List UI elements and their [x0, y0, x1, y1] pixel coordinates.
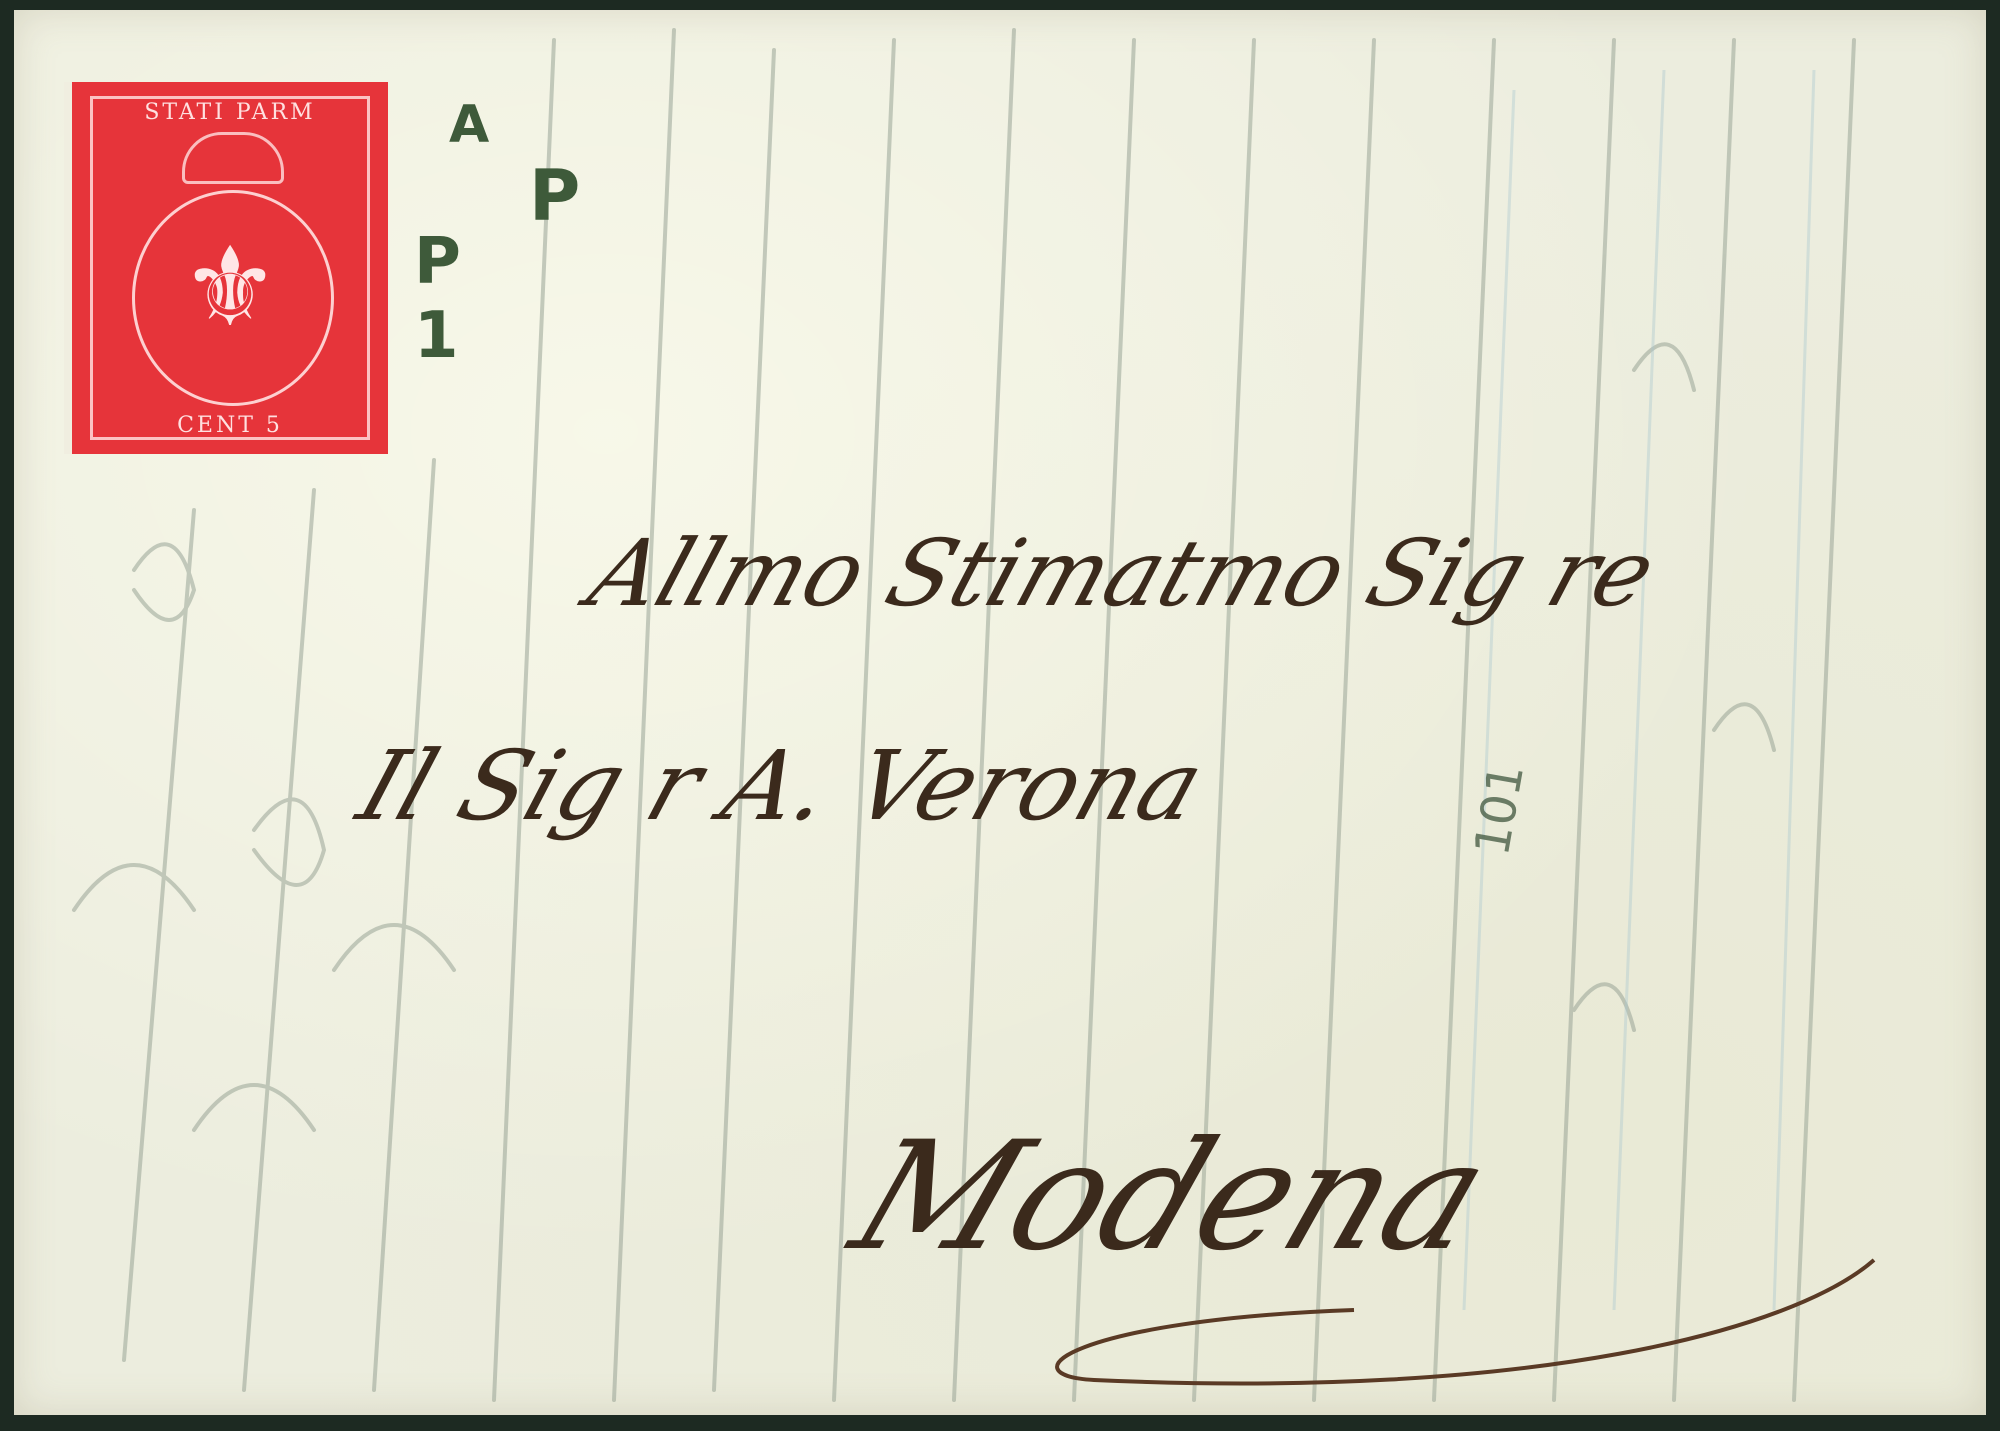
postmark-bottom: P 1: [414, 225, 609, 373]
crown-icon: [182, 132, 284, 184]
letter-cover: STATI PARM ⚜ CENT 5 A P P 1 Allmo Stimat…: [14, 10, 1986, 1415]
address-line-1: Allmo Stimatmo Sig re: [577, 520, 1668, 627]
stamp-bottom-label: CENT 5: [72, 413, 388, 438]
fleur-de-lis-icon: ⚜: [72, 232, 388, 342]
postmark-top: A: [449, 95, 489, 155]
address-line-2: Il Sig r A. Verona: [346, 730, 1217, 842]
underline-flourish: [1014, 1250, 1894, 1410]
postage-stamp: STATI PARM ⚜ CENT 5: [72, 82, 388, 454]
stamp-top-label: STATI PARM: [72, 100, 388, 125]
postmark: A P P 1: [409, 95, 609, 325]
